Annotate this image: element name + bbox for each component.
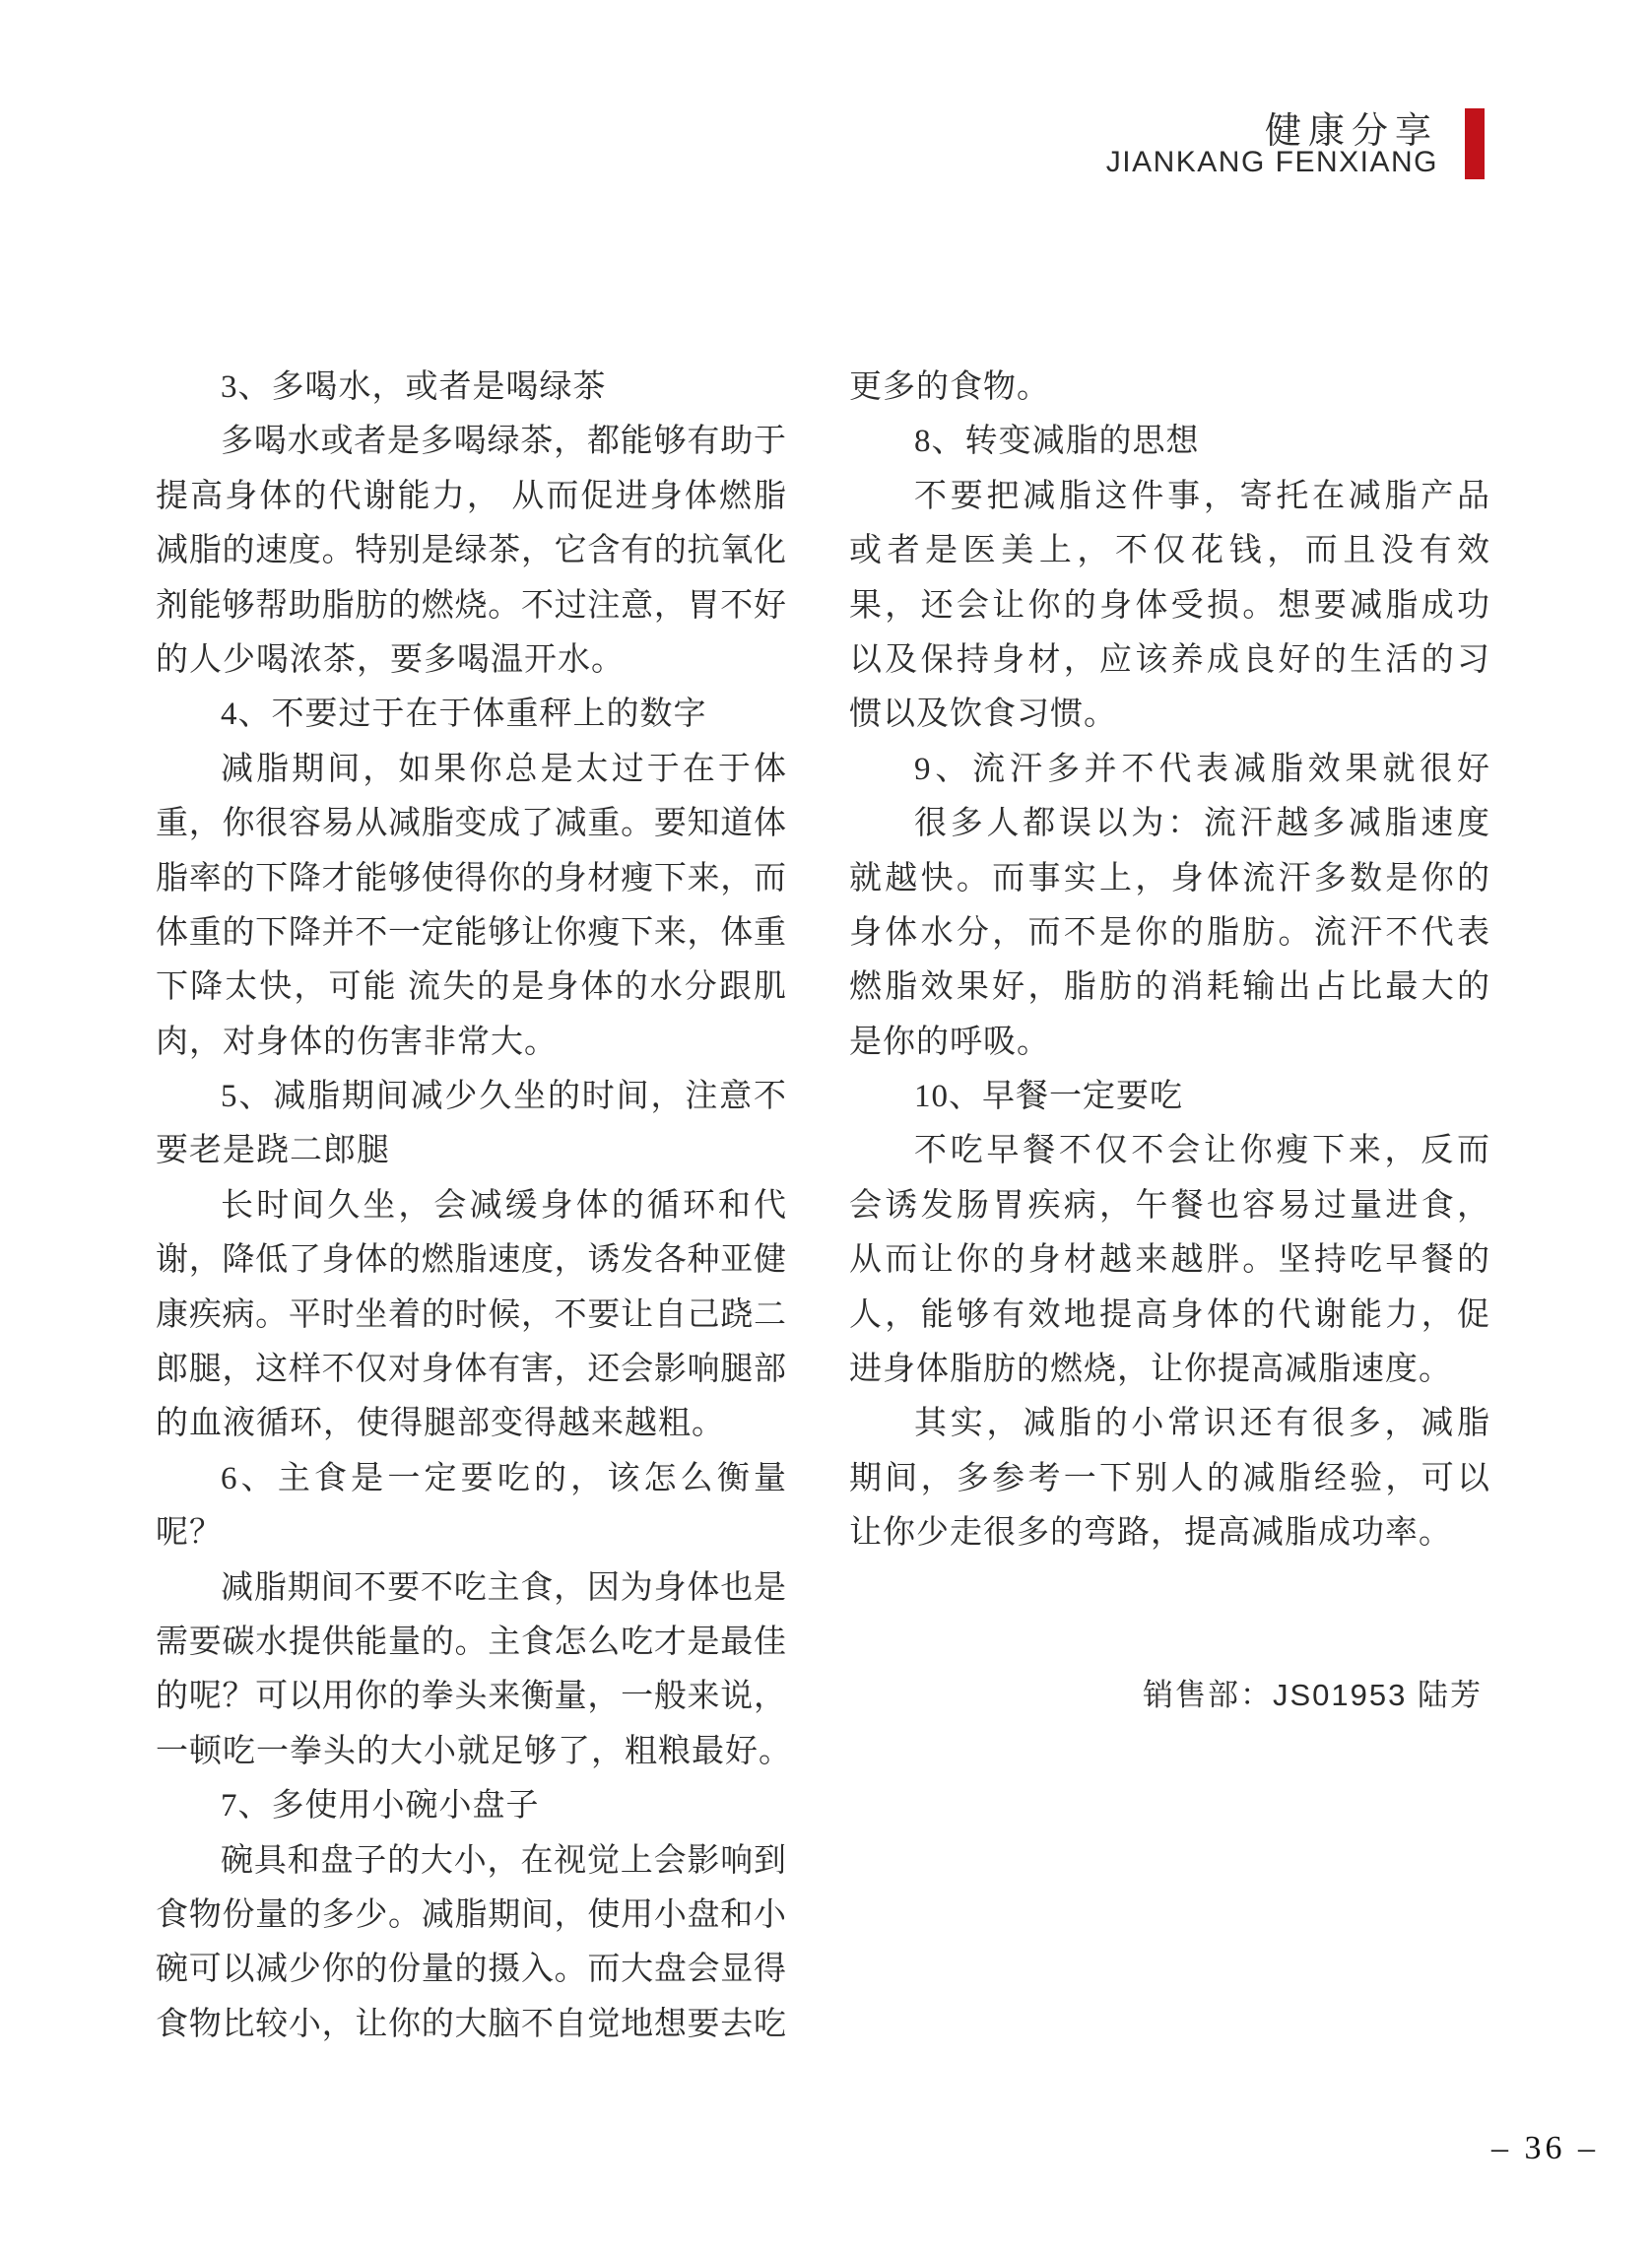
left-column-line-24: 需要碳水提供能量的。主食怎么吃才是最佳	[156, 1616, 786, 1670]
right-column-line-10: 就越快。而事实上，身体流汗多数是你的	[849, 852, 1489, 906]
right-column-line-21: 期间，多参考一下别人的减脂经验，可以	[849, 1452, 1489, 1506]
right-column-line-16: 会诱发肠胃疾病，午餐也容易过量进食，	[849, 1179, 1489, 1233]
left-column-line-5: 剂能够帮助脂肪的燃烧。不过注意，胃不好	[156, 579, 786, 633]
right-column-line-1: 更多的食物。	[849, 361, 1489, 415]
left-column-line-12: 下降太快，可能 流失的是身体的水分跟肌	[156, 961, 786, 1015]
right-column-line-2: 8、转变减脂的思想	[849, 415, 1489, 469]
right-column-line-8: 9、流汗多并不代表减脂效果就很好	[849, 743, 1489, 797]
right-column-line-5: 果，还会让你的身体受损。想要减脂成功	[849, 579, 1489, 633]
left-column-line-13: 肉，对身体的伤害非常大。	[156, 1016, 786, 1070]
left-column-line-15: 要老是跷二郎腿	[156, 1124, 786, 1178]
signature: 销售部：JS01953 陆芳	[1143, 1670, 1483, 1714]
left-column-line-1: 3、多喝水，或者是喝绿茶	[156, 361, 786, 415]
page-number: – 36 –	[1491, 2130, 1599, 2167]
left-column-line-14: 5、减脂期间减少久坐的时间，注意不	[156, 1070, 786, 1124]
left-column-line-23: 减脂期间不要不吃主食，因为身体也是	[156, 1561, 786, 1616]
right-column-line-6: 以及保持身材，应该养成良好的生活的习	[849, 633, 1489, 688]
header-subtitle: JIANKANG FENXIANG	[1106, 146, 1438, 179]
page: 健康分享 JIANKANG FENXIANG 3、多喝水，或者是喝绿茶多喝水或者…	[0, 0, 1652, 2257]
right-column-line-14: 10、早餐一定要吃	[849, 1070, 1489, 1124]
right-column-line-15: 不吃早餐不仅不会让你瘦下来，反而	[849, 1124, 1489, 1178]
right-column: 更多的食物。8、转变减脂的思想不要把减脂这件事，寄托在减脂产品或者是医美上，不仅…	[849, 361, 1489, 1561]
left-column-line-31: 食物比较小，让你的大脑不自觉地想要去吃	[156, 1998, 786, 2052]
left-column-line-30: 碗可以减少你的份量的摄入。而大盘会显得	[156, 1943, 786, 1997]
left-column-line-27: 7、多使用小碗小盘子	[156, 1779, 786, 1833]
left-column-line-17: 谢，降低了身体的燃脂速度，诱发各种亚健	[156, 1233, 786, 1288]
right-column-line-4: 或者是医美上，不仅花钱，而且没有效	[849, 524, 1489, 578]
right-column-line-13: 是你的呼吸。	[849, 1016, 1489, 1070]
left-column-line-16: 长时间久坐，会减缓身体的循环和代	[156, 1179, 786, 1233]
right-column-line-20: 其实，减脂的小常识还有很多，减脂	[849, 1397, 1489, 1451]
right-column-line-18: 人，能够有效地提高身体的代谢能力，促	[849, 1289, 1489, 1343]
left-column-line-26: 一顿吃一拳头的大小就足够了，粗粮最好。	[156, 1725, 786, 1779]
right-column-line-7: 惯以及饮食习惯。	[849, 688, 1489, 742]
left-column-line-28: 碗具和盘子的大小，在视觉上会影响到	[156, 1834, 786, 1889]
right-column-line-12: 燃脂效果好，脂肪的消耗输出占比最大的	[849, 961, 1489, 1015]
left-column-line-8: 减脂期间，如果你总是太过于在于体	[156, 743, 786, 797]
left-column-line-19: 郎腿，这样不仅对身体有害，还会影响腿部	[156, 1343, 786, 1397]
right-column-line-11: 身体水分，而不是你的脂肪。流汗不代表	[849, 906, 1489, 961]
left-column-line-3: 提高身体的代谢能力， 从而促进身体燃脂	[156, 470, 786, 524]
left-column-line-9: 重，你很容易从减脂变成了减重。要知道体	[156, 797, 786, 851]
left-column-line-25: 的呢？可以用你的拳头来衡量，一般来说，	[156, 1670, 786, 1724]
header-accent-bar	[1465, 108, 1485, 179]
left-column-line-2: 多喝水或者是多喝绿茶，都能够有助于	[156, 415, 786, 469]
left-column-line-22: 呢？	[156, 1506, 786, 1560]
left-column-line-20: 的血液循环，使得腿部变得越来越粗。	[156, 1397, 786, 1451]
left-column-line-29: 食物份量的多少。减脂期间，使用小盘和小	[156, 1889, 786, 1943]
right-column-line-3: 不要把减脂这件事，寄托在减脂产品	[849, 470, 1489, 524]
right-column-line-9: 很多人都误以为：流汗越多减脂速度	[849, 797, 1489, 851]
left-column-line-7: 4、不要过于在于体重秤上的数字	[156, 688, 786, 742]
right-column-line-22: 让你少走很多的弯路，提高减脂成功率。	[849, 1506, 1489, 1560]
right-column-line-17: 从而让你的身材越来越胖。坚持吃早餐的	[849, 1233, 1489, 1288]
left-column: 3、多喝水，或者是喝绿茶多喝水或者是多喝绿茶，都能够有助于提高身体的代谢能力， …	[156, 361, 786, 2052]
left-column-line-10: 脂率的下降才能够使得你的身材瘦下来，而	[156, 852, 786, 906]
left-column-line-18: 康疾病。平时坐着的时候，不要让自己跷二	[156, 1289, 786, 1343]
left-column-line-21: 6、主食是一定要吃的，该怎么衡量	[156, 1452, 786, 1506]
right-column-line-19: 进身体脂肪的燃烧，让你提高减脂速度。	[849, 1343, 1489, 1397]
left-column-line-11: 体重的下降并不一定能够让你瘦下来，体重	[156, 906, 786, 961]
left-column-line-6: 的人少喝浓茶，要多喝温开水。	[156, 633, 786, 688]
left-column-line-4: 减脂的速度。特别是绿茶，它含有的抗氧化	[156, 524, 786, 578]
